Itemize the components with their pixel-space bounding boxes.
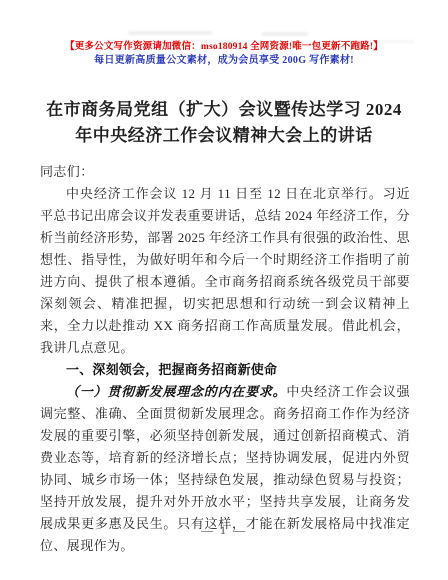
paragraph-lead: （一）贯彻新发展理念的内在要求。 bbox=[66, 384, 286, 399]
scan-artifact bbox=[262, 32, 308, 36]
page-number: — 1 — bbox=[0, 523, 448, 538]
ad-banner-line2: 每日更新高质量公文素材，成为会员享受 200G 写作素材! bbox=[0, 55, 448, 67]
scan-artifact bbox=[128, 31, 212, 35]
salutation: 同志们： bbox=[40, 161, 410, 183]
document-page: 【更多公文写作资源请加微信：mso180914 全网资源!唯一包更新不跑路!】 … bbox=[0, 0, 448, 580]
ad-banner: 【更多公文写作资源请加微信：mso180914 全网资源!唯一包更新不跑路!】 … bbox=[0, 42, 448, 66]
section-heading-1: 一、深刻领会，把握商务招商新使命 bbox=[40, 359, 410, 381]
ad-banner-line1: 【更多公文写作资源请加微信：mso180914 全网资源!唯一包更新不跑路!】 bbox=[0, 42, 448, 53]
paragraph-intro: 中央经济工作会议 12 月 11 日至 12 日在北京举行。习近平总书记出席会议… bbox=[40, 183, 410, 359]
document-title: 在市商务局党组（扩大）会议暨传达学习 2024 年中央经济工作会议精神大会上的讲… bbox=[42, 97, 406, 149]
document-body: 同志们： 中央经济工作会议 12 月 11 日至 12 日在北京举行。习近平总书… bbox=[40, 161, 410, 557]
